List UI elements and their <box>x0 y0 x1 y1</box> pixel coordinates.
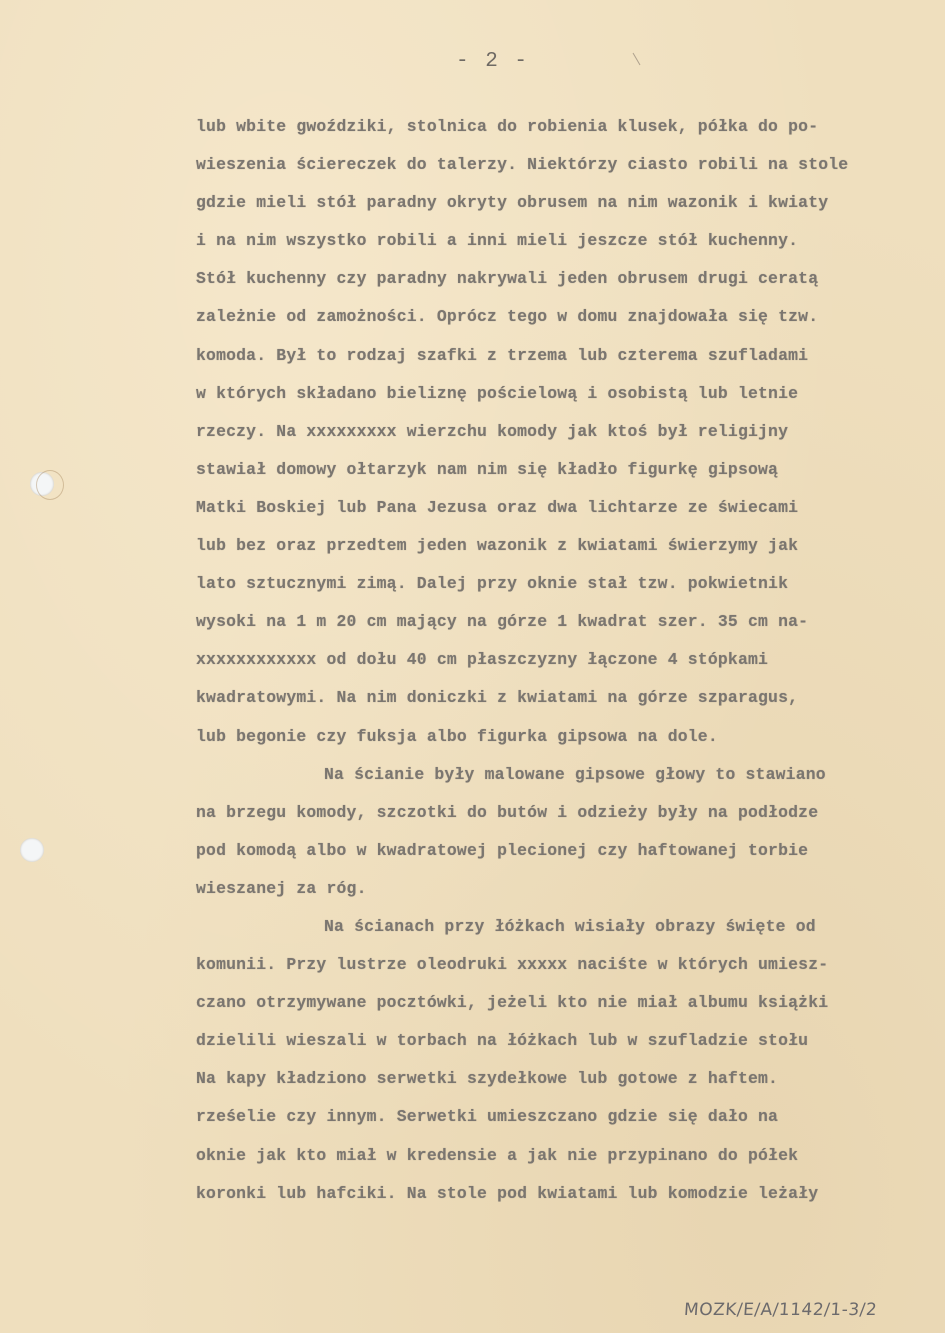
text-line: koronki lub hafciki. Na stole pod kwiata… <box>196 1175 936 1213</box>
text-line: lub bez oraz przedtem jeden wazonik z kw… <box>196 527 936 565</box>
text-line: lub begonie czy fuksja albo figurka gips… <box>196 718 936 756</box>
text-line: na brzegu komody, szczotki do butów i od… <box>196 794 936 832</box>
text-line: oknie jak kto miał w kredensie a jak nie… <box>196 1137 936 1175</box>
punch-hole-icon <box>20 838 44 862</box>
text-line: Na ścianach przy łóżkach wisiały obrazy … <box>196 908 936 946</box>
text-line: kwadratowymi. Na nim doniczki z kwiatami… <box>196 679 936 717</box>
text-line: lub wbite gwoździki, stolnica do robieni… <box>196 108 936 146</box>
text-line: pod komodą albo w kwadratowej plecionej … <box>196 832 936 870</box>
page-number: - 2 - <box>20 50 945 73</box>
text-line: komunii. Przy lustrze oleodruki xxxxx na… <box>196 946 936 984</box>
text-line: Stół kuchenny czy paradny nakrywali jede… <box>196 260 936 298</box>
text-line: stawiał domowy ołtarzyk nam nim się kład… <box>196 451 936 489</box>
typewritten-body: lub wbite gwoździki, stolnica do robieni… <box>196 108 936 1213</box>
text-line: xxxxxxxxxxxx od dołu 40 cm płaszczyzny ł… <box>196 641 936 679</box>
text-line: lato sztucznymi zimą. Dalej przy oknie s… <box>196 565 936 603</box>
text-line: rzeczy. Na xxxxxxxxx wierzchu komody jak… <box>196 413 936 451</box>
text-line: wysoki na 1 m 20 cm mający na górze 1 kw… <box>196 603 936 641</box>
text-line: wieszenia ściereczek do talerzy. Niektór… <box>196 146 936 184</box>
text-line: rześelie czy innym. Serwetki umieszczano… <box>196 1098 936 1136</box>
text-line: dzielili wieszali w torbach na łóżkach l… <box>196 1022 936 1060</box>
text-line: komoda. Był to rodzaj szafki z trzema lu… <box>196 337 936 375</box>
text-line: zależnie od zamożności. Oprócz tego w do… <box>196 298 936 336</box>
text-line: czano otrzymywane pocztówki, jeżeli kto … <box>196 984 936 1022</box>
text-line: Na ścianie były malowane gipsowe głowy t… <box>196 756 936 794</box>
text-line: gdzie mieli stół paradny okryty obrusem … <box>196 184 936 222</box>
text-line: i na nim wszystko robili a inni mieli je… <box>196 222 936 260</box>
text-line: Na kapy kładziono serwetki szydełkowe lu… <box>196 1060 936 1098</box>
text-line: wieszanej za róg. <box>196 870 936 908</box>
text-line: Matki Boskiej lub Pana Jezusa oraz dwa l… <box>196 489 936 527</box>
punch-hole-icon <box>30 472 54 496</box>
archive-reference: MOZK/E/A/1142/1-3/2 <box>683 1300 878 1320</box>
text-line: w których składano bieliznę pościelową i… <box>196 375 936 413</box>
